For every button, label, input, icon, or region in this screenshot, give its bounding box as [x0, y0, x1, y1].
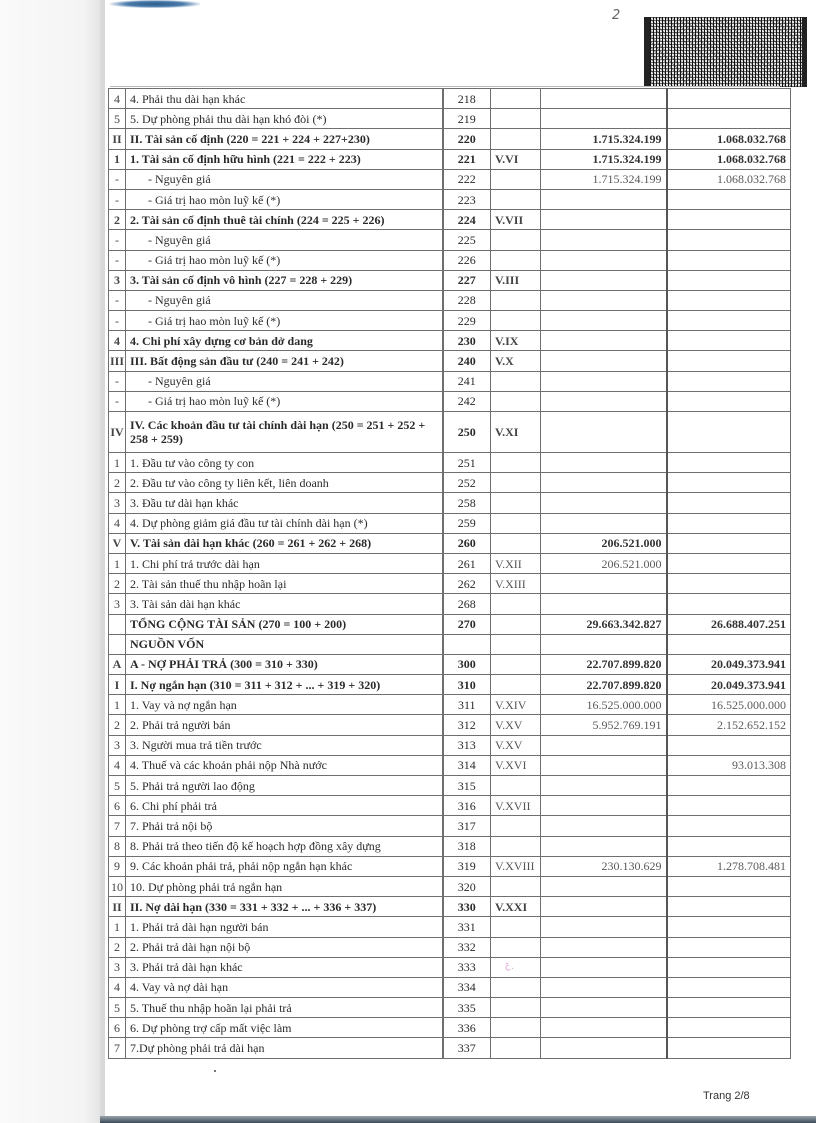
- row-note: [491, 1038, 541, 1058]
- table-row: -- Giá trị hao mòn luỹ kế (*)226: [109, 250, 791, 270]
- row-label: - Giá trị hao mòn luỹ kế (*): [126, 250, 443, 270]
- row-index: 2: [109, 937, 126, 957]
- row-label: - Nguyên giá: [126, 169, 443, 189]
- row-previous-value: 20.049.373.941: [667, 654, 791, 674]
- row-note: [491, 89, 541, 109]
- row-code: 259: [443, 513, 491, 533]
- row-previous-value: [667, 776, 791, 796]
- row-previous-value: [667, 453, 791, 473]
- row-code: 311: [443, 695, 491, 715]
- row-previous-value: [667, 957, 791, 977]
- row-previous-value: [667, 574, 791, 594]
- row-label: 1. Chi phí trả trước dài hạn: [126, 553, 443, 573]
- table-row: 44. Thuế và các khoản phải nộp Nhà nước3…: [109, 755, 791, 775]
- row-current-value: [541, 634, 667, 654]
- table-row: 44. Phải thu dài hạn khác218: [109, 89, 791, 109]
- table-row: 11. Phải trả dài hạn người bán331: [109, 917, 791, 937]
- row-previous-value: [667, 876, 791, 896]
- row-current-value: [541, 917, 667, 937]
- row-note: V.IX: [491, 331, 541, 351]
- row-label: - Nguyên giá: [126, 290, 443, 310]
- row-label: 10. Dự phòng phải trả ngắn hạn: [126, 876, 443, 896]
- row-current-value: [541, 755, 667, 775]
- row-label: TỔNG CỘNG TÀI SẢN (270 = 100 + 200): [126, 614, 443, 634]
- row-current-value: [541, 311, 667, 331]
- table-row: IIII. Nợ dài hạn (330 = 331 + 332 + ... …: [109, 897, 791, 917]
- row-current-value: 5.952.769.191: [541, 715, 667, 735]
- row-code: 312: [443, 715, 491, 735]
- table-row: TỔNG CỘNG TÀI SẢN (270 = 100 + 200)27029…: [109, 614, 791, 634]
- row-label: NGUỒN VỐN: [126, 634, 443, 654]
- row-current-value: [541, 109, 667, 129]
- row-note: [491, 230, 541, 250]
- row-previous-value: [667, 634, 791, 654]
- row-index: 7: [109, 1038, 126, 1058]
- row-label: 3. Phải trả dài hạn khác: [126, 957, 443, 977]
- row-index: 4: [109, 331, 126, 351]
- row-previous-value: [667, 998, 791, 1018]
- row-code: 313: [443, 735, 491, 755]
- row-index: -: [109, 189, 126, 209]
- row-label: 2. Đầu tư vào công ty liên kết, liên doa…: [126, 473, 443, 493]
- row-previous-value: 2.152.652.152: [667, 715, 791, 735]
- row-current-value: [541, 351, 667, 371]
- table-row: -- Giá trị hao mòn luỹ kế (*)223: [109, 189, 791, 209]
- row-label: 2. Phải trả người bán: [126, 715, 443, 735]
- row-previous-value: [667, 594, 791, 614]
- row-index: -: [109, 311, 126, 331]
- balance-sheet-table: 44. Phải thu dài hạn khác21855. Dự phòng…: [108, 88, 791, 1059]
- row-code: 219: [443, 109, 491, 129]
- row-note: V.III: [491, 270, 541, 290]
- row-code: 268: [443, 594, 491, 614]
- row-label: 8. Phải trả theo tiến độ kế hoạch hợp đồ…: [126, 836, 443, 856]
- row-index: 3: [109, 493, 126, 513]
- row-code: 315: [443, 776, 491, 796]
- row-current-value: [541, 1018, 667, 1038]
- row-index: 4: [109, 755, 126, 775]
- row-note: V.XVIII: [491, 856, 541, 876]
- row-label: 7. Phải trả nội bộ: [126, 816, 443, 836]
- row-previous-value: [667, 473, 791, 493]
- row-label: - Giá trị hao mòn luỹ kế (*): [126, 311, 443, 331]
- row-index: III: [109, 351, 126, 371]
- row-index: [109, 634, 126, 654]
- row-current-value: [541, 230, 667, 250]
- row-previous-value: 93.013.308: [667, 755, 791, 775]
- row-label: 5. Phải trả người lao động: [126, 776, 443, 796]
- row-note: [491, 189, 541, 209]
- row-label: - Nguyên giá: [126, 371, 443, 391]
- table-row: 22. Đầu tư vào công ty liên kết, liên do…: [109, 473, 791, 493]
- row-code: 260: [443, 533, 491, 553]
- row-label: 3. Người mua trả tiền trước: [126, 735, 443, 755]
- table-row: 11. Chi phí trả trước dài hạn261V.XII206…: [109, 553, 791, 573]
- table-row: 33. Tài sản dài hạn khác268: [109, 594, 791, 614]
- row-label: 5. Dự phòng phải thu dài hạn khó đòi (*): [126, 109, 443, 129]
- row-code: 270: [443, 614, 491, 634]
- row-note: [491, 998, 541, 1018]
- row-note: V.VI: [491, 149, 541, 169]
- row-note: [491, 937, 541, 957]
- row-previous-value: 1.068.032.768: [667, 129, 791, 149]
- row-index: V: [109, 533, 126, 553]
- row-current-value: [541, 957, 667, 977]
- row-code: 220: [443, 129, 491, 149]
- row-code: 261: [443, 553, 491, 573]
- row-code: 320: [443, 876, 491, 896]
- table-row: 44. Chi phí xây dựng cơ bản dở dang230V.…: [109, 331, 791, 351]
- row-previous-value: [667, 977, 791, 997]
- row-index: [109, 614, 126, 634]
- row-note: [491, 776, 541, 796]
- row-current-value: 230.130.629: [541, 856, 667, 876]
- row-index: A: [109, 654, 126, 674]
- row-index: 1: [109, 917, 126, 937]
- row-previous-value: [667, 290, 791, 310]
- row-label: 4. Phải thu dài hạn khác: [126, 89, 443, 109]
- row-code: 337: [443, 1038, 491, 1058]
- row-index: 9: [109, 856, 126, 876]
- row-current-value: [541, 331, 667, 351]
- table-row: 88. Phải trả theo tiến độ kế hoạch hợp đ…: [109, 836, 791, 856]
- row-label: 2. Phải trả dài hạn nội bộ: [126, 937, 443, 957]
- row-label: 4. Chi phí xây dựng cơ bản dở dang: [126, 331, 443, 351]
- row-code: 300: [443, 654, 491, 674]
- row-previous-value: [667, 513, 791, 533]
- row-current-value: [541, 897, 667, 917]
- row-index: II: [109, 897, 126, 917]
- page-edge-shadow: [102, 0, 105, 1123]
- table-row: 77.Dự phòng phải trả dài hạn337: [109, 1038, 791, 1058]
- row-current-value: [541, 836, 667, 856]
- row-label: - Nguyên giá: [126, 230, 443, 250]
- row-previous-value: [667, 371, 791, 391]
- row-previous-value: [667, 836, 791, 856]
- table-row: II. Nợ ngắn hạn (310 = 311 + 312 + ... +…: [109, 675, 791, 695]
- row-note: [491, 957, 541, 977]
- row-label: 1. Đầu tư vào công ty con: [126, 453, 443, 473]
- row-code: 228: [443, 290, 491, 310]
- table-row: 44. Vay và nợ dài hạn334: [109, 977, 791, 997]
- row-index: 3: [109, 957, 126, 977]
- row-label: I. Nợ ngắn hạn (310 = 311 + 312 + ... + …: [126, 675, 443, 695]
- row-current-value: [541, 1038, 667, 1058]
- row-current-value: [541, 210, 667, 230]
- row-index: IV: [109, 412, 126, 453]
- row-previous-value: [667, 189, 791, 209]
- table-row: IIIIII. Bất động sản đầu tư (240 = 241 +…: [109, 351, 791, 371]
- row-note: [491, 654, 541, 674]
- row-label: - Giá trị hao mòn luỹ kế (*): [126, 189, 443, 209]
- table-row: 33. Phải trả dài hạn khác333: [109, 957, 791, 977]
- row-current-value: 16.525.000.000: [541, 695, 667, 715]
- row-previous-value: [667, 109, 791, 129]
- row-previous-value: [667, 533, 791, 553]
- row-note: [491, 836, 541, 856]
- row-code: 316: [443, 796, 491, 816]
- row-index: 2: [109, 210, 126, 230]
- row-index: -: [109, 371, 126, 391]
- row-current-value: [541, 876, 667, 896]
- row-current-value: [541, 371, 667, 391]
- row-label: 5. Thuế thu nhập hoãn lại phải trả: [126, 998, 443, 1018]
- row-index: 6: [109, 796, 126, 816]
- row-current-value: [541, 513, 667, 533]
- row-previous-value: [667, 796, 791, 816]
- row-previous-value: 1.068.032.768: [667, 149, 791, 169]
- row-code: 250: [443, 412, 491, 453]
- row-note: [491, 391, 541, 411]
- table-row: 1010. Dự phòng phải trả ngắn hạn320: [109, 876, 791, 896]
- row-index: 4: [109, 513, 126, 533]
- row-code: 226: [443, 250, 491, 270]
- row-previous-value: [667, 311, 791, 331]
- row-note: [491, 473, 541, 493]
- row-previous-value: 16.525.000.000: [667, 695, 791, 715]
- row-note: V.X: [491, 351, 541, 371]
- row-code: 242: [443, 391, 491, 411]
- row-note: [491, 917, 541, 937]
- row-note: V.XI: [491, 412, 541, 453]
- row-code: 331: [443, 917, 491, 937]
- row-index: 1: [109, 553, 126, 573]
- row-note: V.XVII: [491, 796, 541, 816]
- row-current-value: 29.663.342.827: [541, 614, 667, 634]
- table-row: 22. Tài sản thuế thu nhập hoãn lại262V.X…: [109, 574, 791, 594]
- row-index: -: [109, 169, 126, 189]
- row-label: 6. Dự phòng trợ cấp mất việc làm: [126, 1018, 443, 1038]
- row-code: 240: [443, 351, 491, 371]
- row-code: 334: [443, 977, 491, 997]
- row-code: 258: [443, 493, 491, 513]
- row-label: 4. Thuế và các khoản phải nộp Nhà nước: [126, 755, 443, 775]
- row-label: 9. Các khoản phải trả, phải nộp ngắn hạn…: [126, 856, 443, 876]
- row-code: 222: [443, 169, 491, 189]
- row-previous-value: 20.049.373.941: [667, 675, 791, 695]
- row-code: 227: [443, 270, 491, 290]
- row-code: 332: [443, 937, 491, 957]
- table-row: 22. Phải trả người bán312V.XV5.952.769.1…: [109, 715, 791, 735]
- balance-sheet-body: 44. Phải thu dài hạn khác21855. Dự phòng…: [109, 89, 791, 1059]
- row-label: II. Nợ dài hạn (330 = 331 + 332 + ... + …: [126, 897, 443, 917]
- row-index: 5: [109, 998, 126, 1018]
- row-current-value: [541, 473, 667, 493]
- row-previous-value: [667, 412, 791, 453]
- table-row: 99. Các khoản phải trả, phải nộp ngắn hạ…: [109, 856, 791, 876]
- row-previous-value: [667, 351, 791, 371]
- row-note: [491, 634, 541, 654]
- row-index: 2: [109, 473, 126, 493]
- table-row: -- Giá trị hao mòn luỹ kế (*)229: [109, 311, 791, 331]
- row-current-value: [541, 574, 667, 594]
- table-row: 22. Tài sản cố định thuê tài chính (224 …: [109, 210, 791, 230]
- row-current-value: [541, 796, 667, 816]
- row-label: A - NỢ PHẢI TRẢ (300 = 310 + 330): [126, 654, 443, 674]
- row-previous-value: [667, 937, 791, 957]
- row-note: [491, 977, 541, 997]
- row-label: 3. Tài sản cố định vô hình (227 = 228 + …: [126, 270, 443, 290]
- table-row: -- Nguyên giá225: [109, 230, 791, 250]
- table-row: 33. Người mua trả tiền trước313V.XV: [109, 735, 791, 755]
- row-current-value: [541, 412, 667, 453]
- row-previous-value: 26.688.407.251: [667, 614, 791, 634]
- table-row: 44. Dự phòng giảm giá đầu tư tài chính d…: [109, 513, 791, 533]
- row-note: [491, 594, 541, 614]
- row-note: [491, 453, 541, 473]
- scan-speck: [214, 1070, 216, 1072]
- row-note: [491, 311, 541, 331]
- row-code: 229: [443, 311, 491, 331]
- table-row: 33. Tài sản cố định vô hình (227 = 228 +…: [109, 270, 791, 290]
- handwritten-page-mark: 2: [612, 8, 620, 23]
- table-row: IVIV. Các khoản đầu tư tài chính dài hạn…: [109, 412, 791, 453]
- row-note: [491, 1018, 541, 1038]
- row-note: [491, 876, 541, 896]
- row-note: [491, 290, 541, 310]
- table-row: IIII. Tài sản cố định (220 = 221 + 224 +…: [109, 129, 791, 149]
- row-label: 1. Phải trả dài hạn người bán: [126, 917, 443, 937]
- row-code: 317: [443, 816, 491, 836]
- row-index: 3: [109, 594, 126, 614]
- row-current-value: [541, 453, 667, 473]
- table-row: 55. Dự phòng phải thu dài hạn khó đòi (*…: [109, 109, 791, 129]
- row-previous-value: [667, 816, 791, 836]
- table-row: 55. Phải trả người lao động315: [109, 776, 791, 796]
- row-label: III. Bất động sản đầu tư (240 = 241 + 24…: [126, 351, 443, 371]
- row-index: 10: [109, 876, 126, 896]
- row-code: 225: [443, 230, 491, 250]
- row-note: [491, 493, 541, 513]
- row-current-value: 1.715.324.199: [541, 149, 667, 169]
- row-code: 314: [443, 755, 491, 775]
- row-current-value: [541, 776, 667, 796]
- row-previous-value: [667, 553, 791, 573]
- row-current-value: [541, 290, 667, 310]
- row-code: 230: [443, 331, 491, 351]
- table-row: -- Nguyên giá228: [109, 290, 791, 310]
- row-current-value: 206.521.000: [541, 533, 667, 553]
- row-previous-value: [667, 331, 791, 351]
- table-row: -- Giá trị hao mòn luỹ kế (*)242: [109, 391, 791, 411]
- row-label: 1. Tài sản cố định hữu hình (221 = 222 +…: [126, 149, 443, 169]
- row-code: 252: [443, 473, 491, 493]
- row-current-value: [541, 189, 667, 209]
- row-previous-value: [667, 1038, 791, 1058]
- row-code: 223: [443, 189, 491, 209]
- row-current-value: [541, 250, 667, 270]
- row-label: 2. Tài sản cố định thuê tài chính (224 =…: [126, 210, 443, 230]
- row-code: 221: [443, 149, 491, 169]
- row-current-value: [541, 594, 667, 614]
- row-code: 218: [443, 89, 491, 109]
- row-current-value: [541, 998, 667, 1018]
- ink-smudge: [110, 0, 200, 8]
- row-note: [491, 675, 541, 695]
- table-row: NGUỒN VỐN: [109, 634, 791, 654]
- table-row: AA - NỢ PHẢI TRẢ (300 = 310 + 330)30022.…: [109, 654, 791, 674]
- row-note: [491, 533, 541, 553]
- row-index: 1: [109, 453, 126, 473]
- row-note: V.XII: [491, 553, 541, 573]
- table-row: 22. Phải trả dài hạn nội bộ332: [109, 937, 791, 957]
- row-previous-value: [667, 89, 791, 109]
- table-row: 33. Đầu tư dài hạn khác258: [109, 493, 791, 513]
- row-index: -: [109, 250, 126, 270]
- scan-binding-strip: [0, 0, 104, 1123]
- row-label: 6. Chi phí phải trả: [126, 796, 443, 816]
- row-index: 8: [109, 836, 126, 856]
- table-row: 11. Đầu tư vào công ty con251: [109, 453, 791, 473]
- row-code: [443, 634, 491, 654]
- barcode-icon: [644, 17, 807, 87]
- row-previous-value: [667, 1018, 791, 1038]
- row-current-value: [541, 89, 667, 109]
- row-note: [491, 513, 541, 533]
- row-previous-value: 1.068.032.768: [667, 169, 791, 189]
- row-label: 4. Vay và nợ dài hạn: [126, 977, 443, 997]
- row-index: 2: [109, 715, 126, 735]
- row-note: [491, 371, 541, 391]
- row-code: 318: [443, 836, 491, 856]
- row-current-value: [541, 816, 667, 836]
- row-label: 4. Dự phòng giảm giá đầu tư tài chính dà…: [126, 513, 443, 533]
- row-previous-value: [667, 270, 791, 290]
- row-label: V. Tài sản dài hạn khác (260 = 261 + 262…: [126, 533, 443, 553]
- row-index: II: [109, 129, 126, 149]
- row-index: 4: [109, 977, 126, 997]
- row-label: 2. Tài sản thuế thu nhập hoãn lại: [126, 574, 443, 594]
- table-row: 55. Thuế thu nhập hoãn lại phải trả335: [109, 998, 791, 1018]
- row-current-value: [541, 937, 667, 957]
- table-row: 11. Vay và nợ ngắn hạn311V.XIV16.525.000…: [109, 695, 791, 715]
- row-index: 4: [109, 89, 126, 109]
- row-index: 1: [109, 149, 126, 169]
- row-current-value: 22.707.899.820: [541, 654, 667, 674]
- row-current-value: [541, 735, 667, 755]
- row-note: V.XV: [491, 735, 541, 755]
- table-row: VV. Tài sản dài hạn khác (260 = 261 + 26…: [109, 533, 791, 553]
- row-label: II. Tài sản cố định (220 = 221 + 224 + 2…: [126, 129, 443, 149]
- row-previous-value: [667, 230, 791, 250]
- row-code: 241: [443, 371, 491, 391]
- row-index: 5: [109, 776, 126, 796]
- row-code: 336: [443, 1018, 491, 1038]
- row-previous-value: [667, 210, 791, 230]
- row-note: [491, 250, 541, 270]
- row-index: I: [109, 675, 126, 695]
- row-note: V.VII: [491, 210, 541, 230]
- row-note: V.XIII: [491, 574, 541, 594]
- row-current-value: 1.715.324.199: [541, 129, 667, 149]
- row-code: 330: [443, 897, 491, 917]
- table-row: -- Nguyên giá2221.715.324.1991.068.032.7…: [109, 169, 791, 189]
- table-row: 66. Dự phòng trợ cấp mất việc làm336: [109, 1018, 791, 1038]
- row-note: [491, 129, 541, 149]
- row-code: 251: [443, 453, 491, 473]
- row-previous-value: [667, 250, 791, 270]
- header-rule: [110, 86, 780, 87]
- row-note: V.XV: [491, 715, 541, 735]
- table-row: 77. Phải trả nội bộ317: [109, 816, 791, 836]
- row-index: 6: [109, 1018, 126, 1038]
- row-label: 3. Đầu tư dài hạn khác: [126, 493, 443, 513]
- scan-bottom-edge: [100, 1116, 816, 1123]
- row-current-value: [541, 493, 667, 513]
- row-note: V.XXI: [491, 897, 541, 917]
- row-note: V.XVI: [491, 755, 541, 775]
- row-label: 1. Vay và nợ ngắn hạn: [126, 695, 443, 715]
